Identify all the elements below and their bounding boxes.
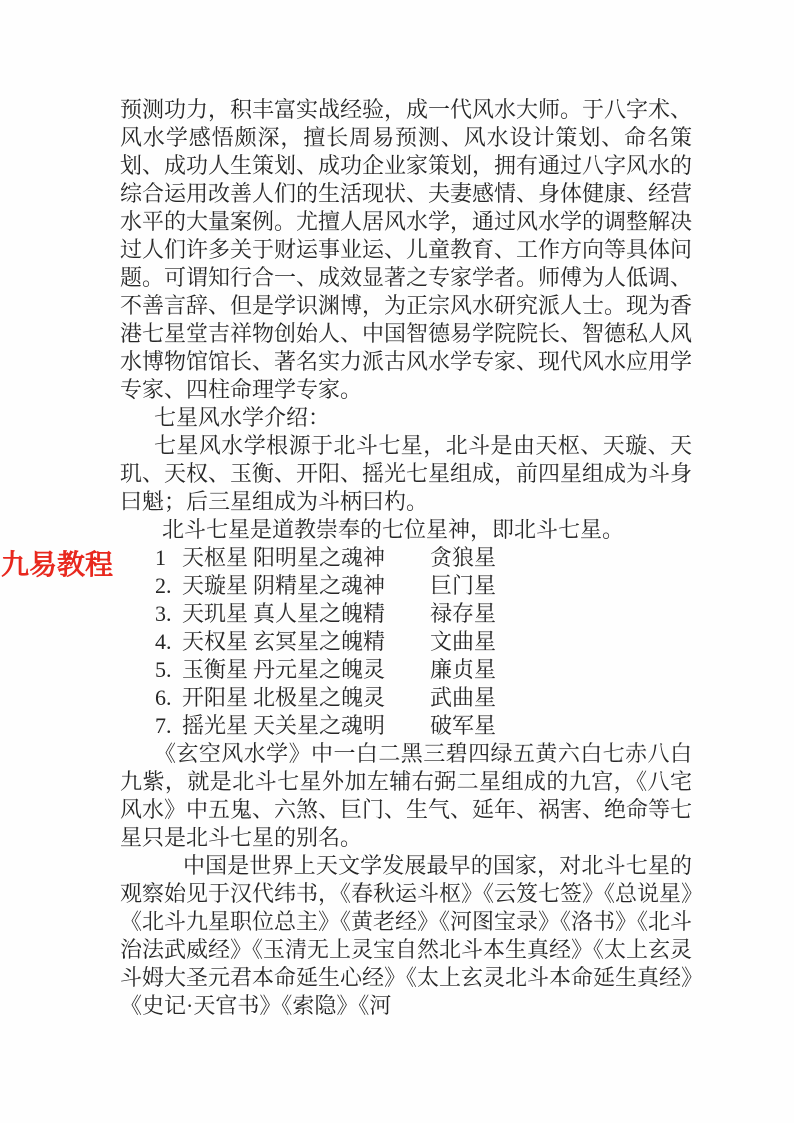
star-list-row: 7.摇光星 天关星之魂明 破军星 <box>155 712 692 740</box>
star-alias: 贪狼星 <box>430 544 496 572</box>
seven-star-list: 1天枢星 阳明星之魂神 贪狼星 2.天璇星 阴精星之魂神 巨门星 3.天玑星 真… <box>120 544 692 740</box>
page-content: 预测功力，积丰富实战经验，成一代风水大师。于八字术、风水学感悟颇深，擅长周易预测… <box>120 96 692 1020</box>
star-number: 3. <box>155 600 182 628</box>
star-title: 丹元星之魄灵 <box>253 656 430 684</box>
star-name: 天权星 <box>182 628 248 656</box>
star-name: 开阳星 <box>182 684 248 712</box>
star-alias: 文曲星 <box>430 628 496 656</box>
paragraph-astronomy-classics: 中国是世界上天文学发展最早的国家，对北斗七星的观察始见于汉代纬书，《春秋运斗枢》… <box>120 852 692 1020</box>
star-alias: 破军星 <box>430 712 496 740</box>
star-number: 2. <box>155 572 182 600</box>
star-name-cell: 2.天璇星 <box>155 572 253 600</box>
star-list-row: 5.玉衡星 丹元星之魄灵 廉贞星 <box>155 656 692 684</box>
star-name-cell: 5.玉衡星 <box>155 656 253 684</box>
star-list-row: 4.天权星 玄冥星之魄精 文曲星 <box>155 628 692 656</box>
star-title: 阳明星之魂神 <box>253 544 430 572</box>
star-list-row: 1天枢星 阳明星之魂神 贪狼星 <box>155 544 692 572</box>
star-name-cell: 7.摇光星 <box>155 712 253 740</box>
star-name: 天璇星 <box>182 572 248 600</box>
star-list-row: 3.天玑星 真人星之魄精 禄存星 <box>155 600 692 628</box>
star-number: 6. <box>155 684 182 712</box>
paragraph-master-bio: 预测功力，积丰富实战经验，成一代风水大师。于八字术、风水学感悟颇深，擅长周易预测… <box>120 96 692 404</box>
star-alias: 武曲星 <box>430 684 496 712</box>
paragraph-intro-heading: 七星风水学介绍： <box>120 404 692 432</box>
star-number: 4. <box>155 628 182 656</box>
star-number: 1 <box>155 544 182 572</box>
watermark-logo: 九易教程 <box>1 548 113 582</box>
star-title: 北极星之魄灵 <box>253 684 430 712</box>
star-name: 玉衡星 <box>182 656 248 684</box>
paragraph-taoism-seven-gods: 北斗七星是道教崇奉的七位星神，即北斗七星。 <box>120 516 692 544</box>
paragraph-xuankong-ninestars: 《玄空风水学》中一白二黑三碧四绿五黄六白七赤八白九紫，就是北斗七星外加左辅右弼二… <box>120 740 692 852</box>
star-name-cell: 1天枢星 <box>155 544 253 572</box>
star-title: 阴精星之魂神 <box>253 572 430 600</box>
star-name-cell: 3.天玑星 <box>155 600 253 628</box>
star-alias: 巨门星 <box>430 572 496 600</box>
star-name: 天枢星 <box>182 544 248 572</box>
star-number: 5. <box>155 656 182 684</box>
paragraph-bigdipper-origin: 七星风水学根源于北斗七星，北斗是由天枢、天璇、天玑、天权、玉衡、开阳、摇光七星组… <box>120 432 692 516</box>
star-number: 7. <box>155 712 182 740</box>
star-name: 天玑星 <box>182 600 248 628</box>
star-list-row: 2.天璇星 阴精星之魂神 巨门星 <box>155 572 692 600</box>
star-name-cell: 6.开阳星 <box>155 684 253 712</box>
star-alias: 禄存星 <box>430 600 496 628</box>
star-title: 天关星之魂明 <box>253 712 430 740</box>
star-title: 玄冥星之魄精 <box>253 628 430 656</box>
star-alias: 廉贞星 <box>430 656 496 684</box>
star-name: 摇光星 <box>182 712 248 740</box>
document-page: 九易教程 预测功力，积丰富实战经验，成一代风水大师。于八字术、风水学感悟颇深，擅… <box>0 0 794 1123</box>
star-name-cell: 4.天权星 <box>155 628 253 656</box>
star-list-row: 6.开阳星 北极星之魄灵 武曲星 <box>155 684 692 712</box>
star-title: 真人星之魄精 <box>253 600 430 628</box>
